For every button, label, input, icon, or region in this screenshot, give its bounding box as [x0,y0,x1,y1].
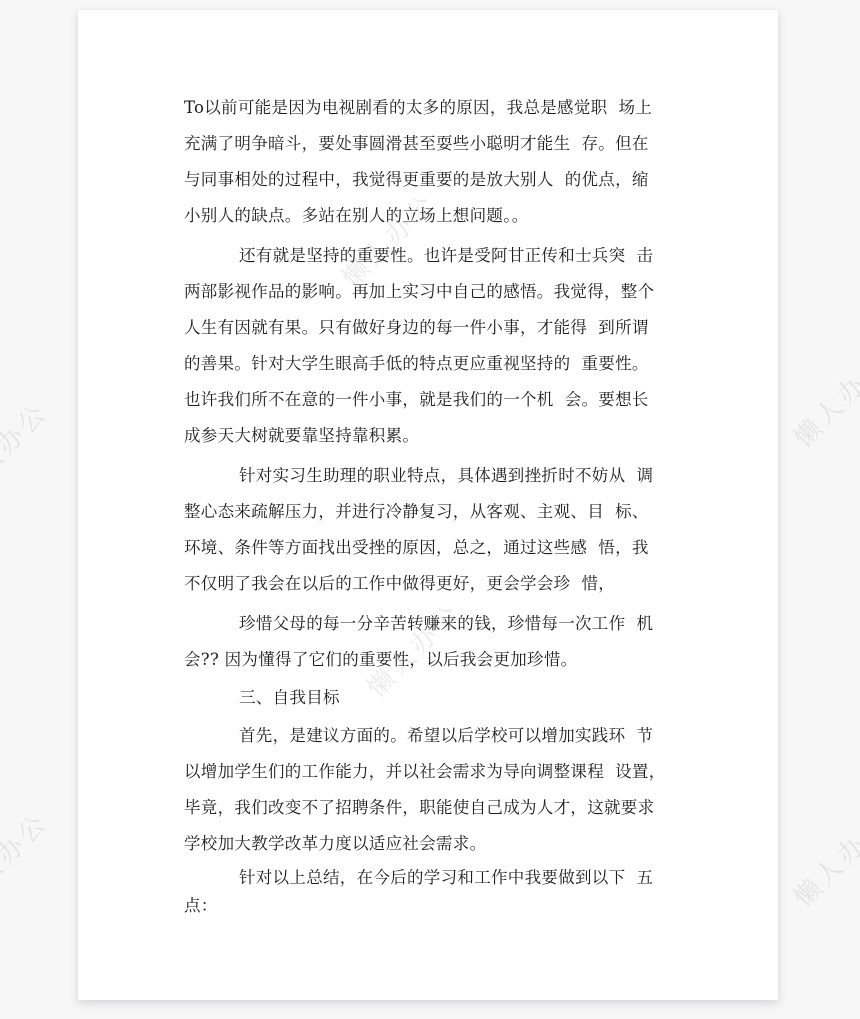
text-line: 毕竟，我们改变不了招聘条件，职能使自己成为人才，这就要求 [184,796,654,820]
document-page: To以前可能是因为电视剧看的太多的原因，我总是感觉职 场上充满了明争暗斗，要处事… [78,10,778,1000]
watermark-text: 懒人办公 [784,343,860,454]
text-line: 会?? 因为懂得了它们的重要性，以后我会更加珍惜。 [184,648,577,672]
text-line: 成参天大树就要靠坚持靠积累。 [184,424,419,448]
text-line: To以前可能是因为电视剧看的太多的原因，我总是感觉职 场上 [184,96,652,120]
text-line: 整心态来疏解压力，并进行冷静复习，从客观、主观、目 标、 [184,500,649,524]
watermark-text: 懒人办公 [332,183,443,294]
watermark-text: 懒人办公 [784,803,860,914]
text-line: 首先，是建议方面的。希望以后学校可以增加实践环 节 [239,724,653,748]
text-line: 人生有因就有果。只有做好身边的每一件小事，才能得 到所谓 [184,316,649,340]
text-line: 珍惜父母的每一分辛苦转赚来的钱，珍惜每一次工作 机 [239,612,653,636]
text-line: 与同事相处的过程中，我觉得更重要的是放大别人 的优点，缩 [184,168,649,192]
text-line: 的善果。针对大学生眼高手低的特点更应重视坚持的 重要性。 [184,352,649,376]
text-line: 针对实习生助理的职业特点，具体遇到挫折时不妨从 调 [239,464,653,488]
watermark-text: 懒人办公 [0,803,56,914]
text-line: 充满了明争暗斗，要处事圆滑甚至耍些小聪明才能生 存。但在 [184,132,649,156]
text-line: 点： [184,894,218,918]
text-line: 不仅明了我会在以后的工作中做得更好，更会学会珍 惜， [184,572,615,596]
text-line: 学校加大教学改革力度以适应社会需求。 [184,832,486,856]
watermark-text: 懒人办公 [0,393,56,504]
text-line: 两部影视作品的影响。再加上实习中自己的感悟。我觉得，整个 [184,280,654,304]
text-line: 还有就是坚持的重要性。也许是受阿甘正传和士兵突 击 [239,244,653,268]
text-line: 小别人的缺点。多站在别人的立场上想问题。。 [184,204,529,228]
text-line: 也许我们所不在意的一件小事，就是我们的一个机 会。要想长 [184,388,649,412]
text-line: 环境、条件等方面找出受挫的原因，总之，通过这些感 悟，我 [184,536,649,560]
text-line: 针对以上总结，在今后的学习和工作中我要做到以下 五 [239,866,653,890]
text-line: 三、自我目标 [239,686,340,710]
text-line: 以增加学生们的工作能力，并以社会需求为导向调整课程 设置， [184,760,666,784]
